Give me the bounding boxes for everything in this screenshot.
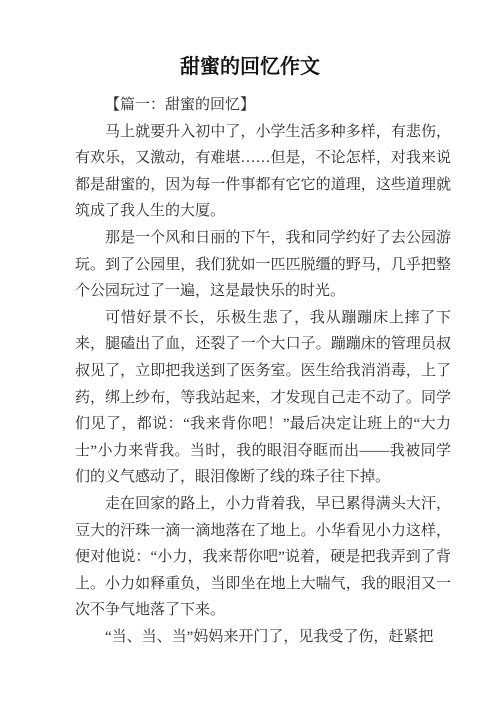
document-page: 甜蜜的回忆作文 【篇一：甜蜜的回忆】 马上就要升入初中了，小学生活多种多样，有悲… [0,0,500,707]
paragraph-list: 马上就要升入初中了，小学生活多种多样，有悲伤，有欢乐，又激动，有难堪……但是，不… [75,119,451,651]
essay-paragraph: “当、当、当”妈妈来开门了，见我受了伤，赶紧把 [75,624,451,651]
essay-paragraph: 马上就要升入初中了，小学生活多种多样，有悲伤，有欢乐，又激动，有难堪……但是，不… [75,119,451,225]
essay-paragraph: 可惜好景不长，乐极生悲了，我从蹦蹦床上摔了下来，腿磕出了血，还裂了一个大口子。蹦… [75,305,451,491]
document-title: 甜蜜的回忆作文 [0,0,500,81]
essay-body: 【篇一：甜蜜的回忆】 马上就要升入初中了，小学生活多种多样，有悲伤，有欢乐，又激… [75,92,451,650]
essay-paragraph: 走在回家的路上，小力背着我，早已累得满头大汗，豆大的汗珠一滴一滴地落在了地上。小… [75,491,451,624]
section-heading: 【篇一：甜蜜的回忆】 [75,92,451,119]
essay-paragraph: 那是一个风和日丽的下午，我和同学约好了去公园游玩。到了公园里，我们犹如一匹匹脱缰… [75,225,451,305]
